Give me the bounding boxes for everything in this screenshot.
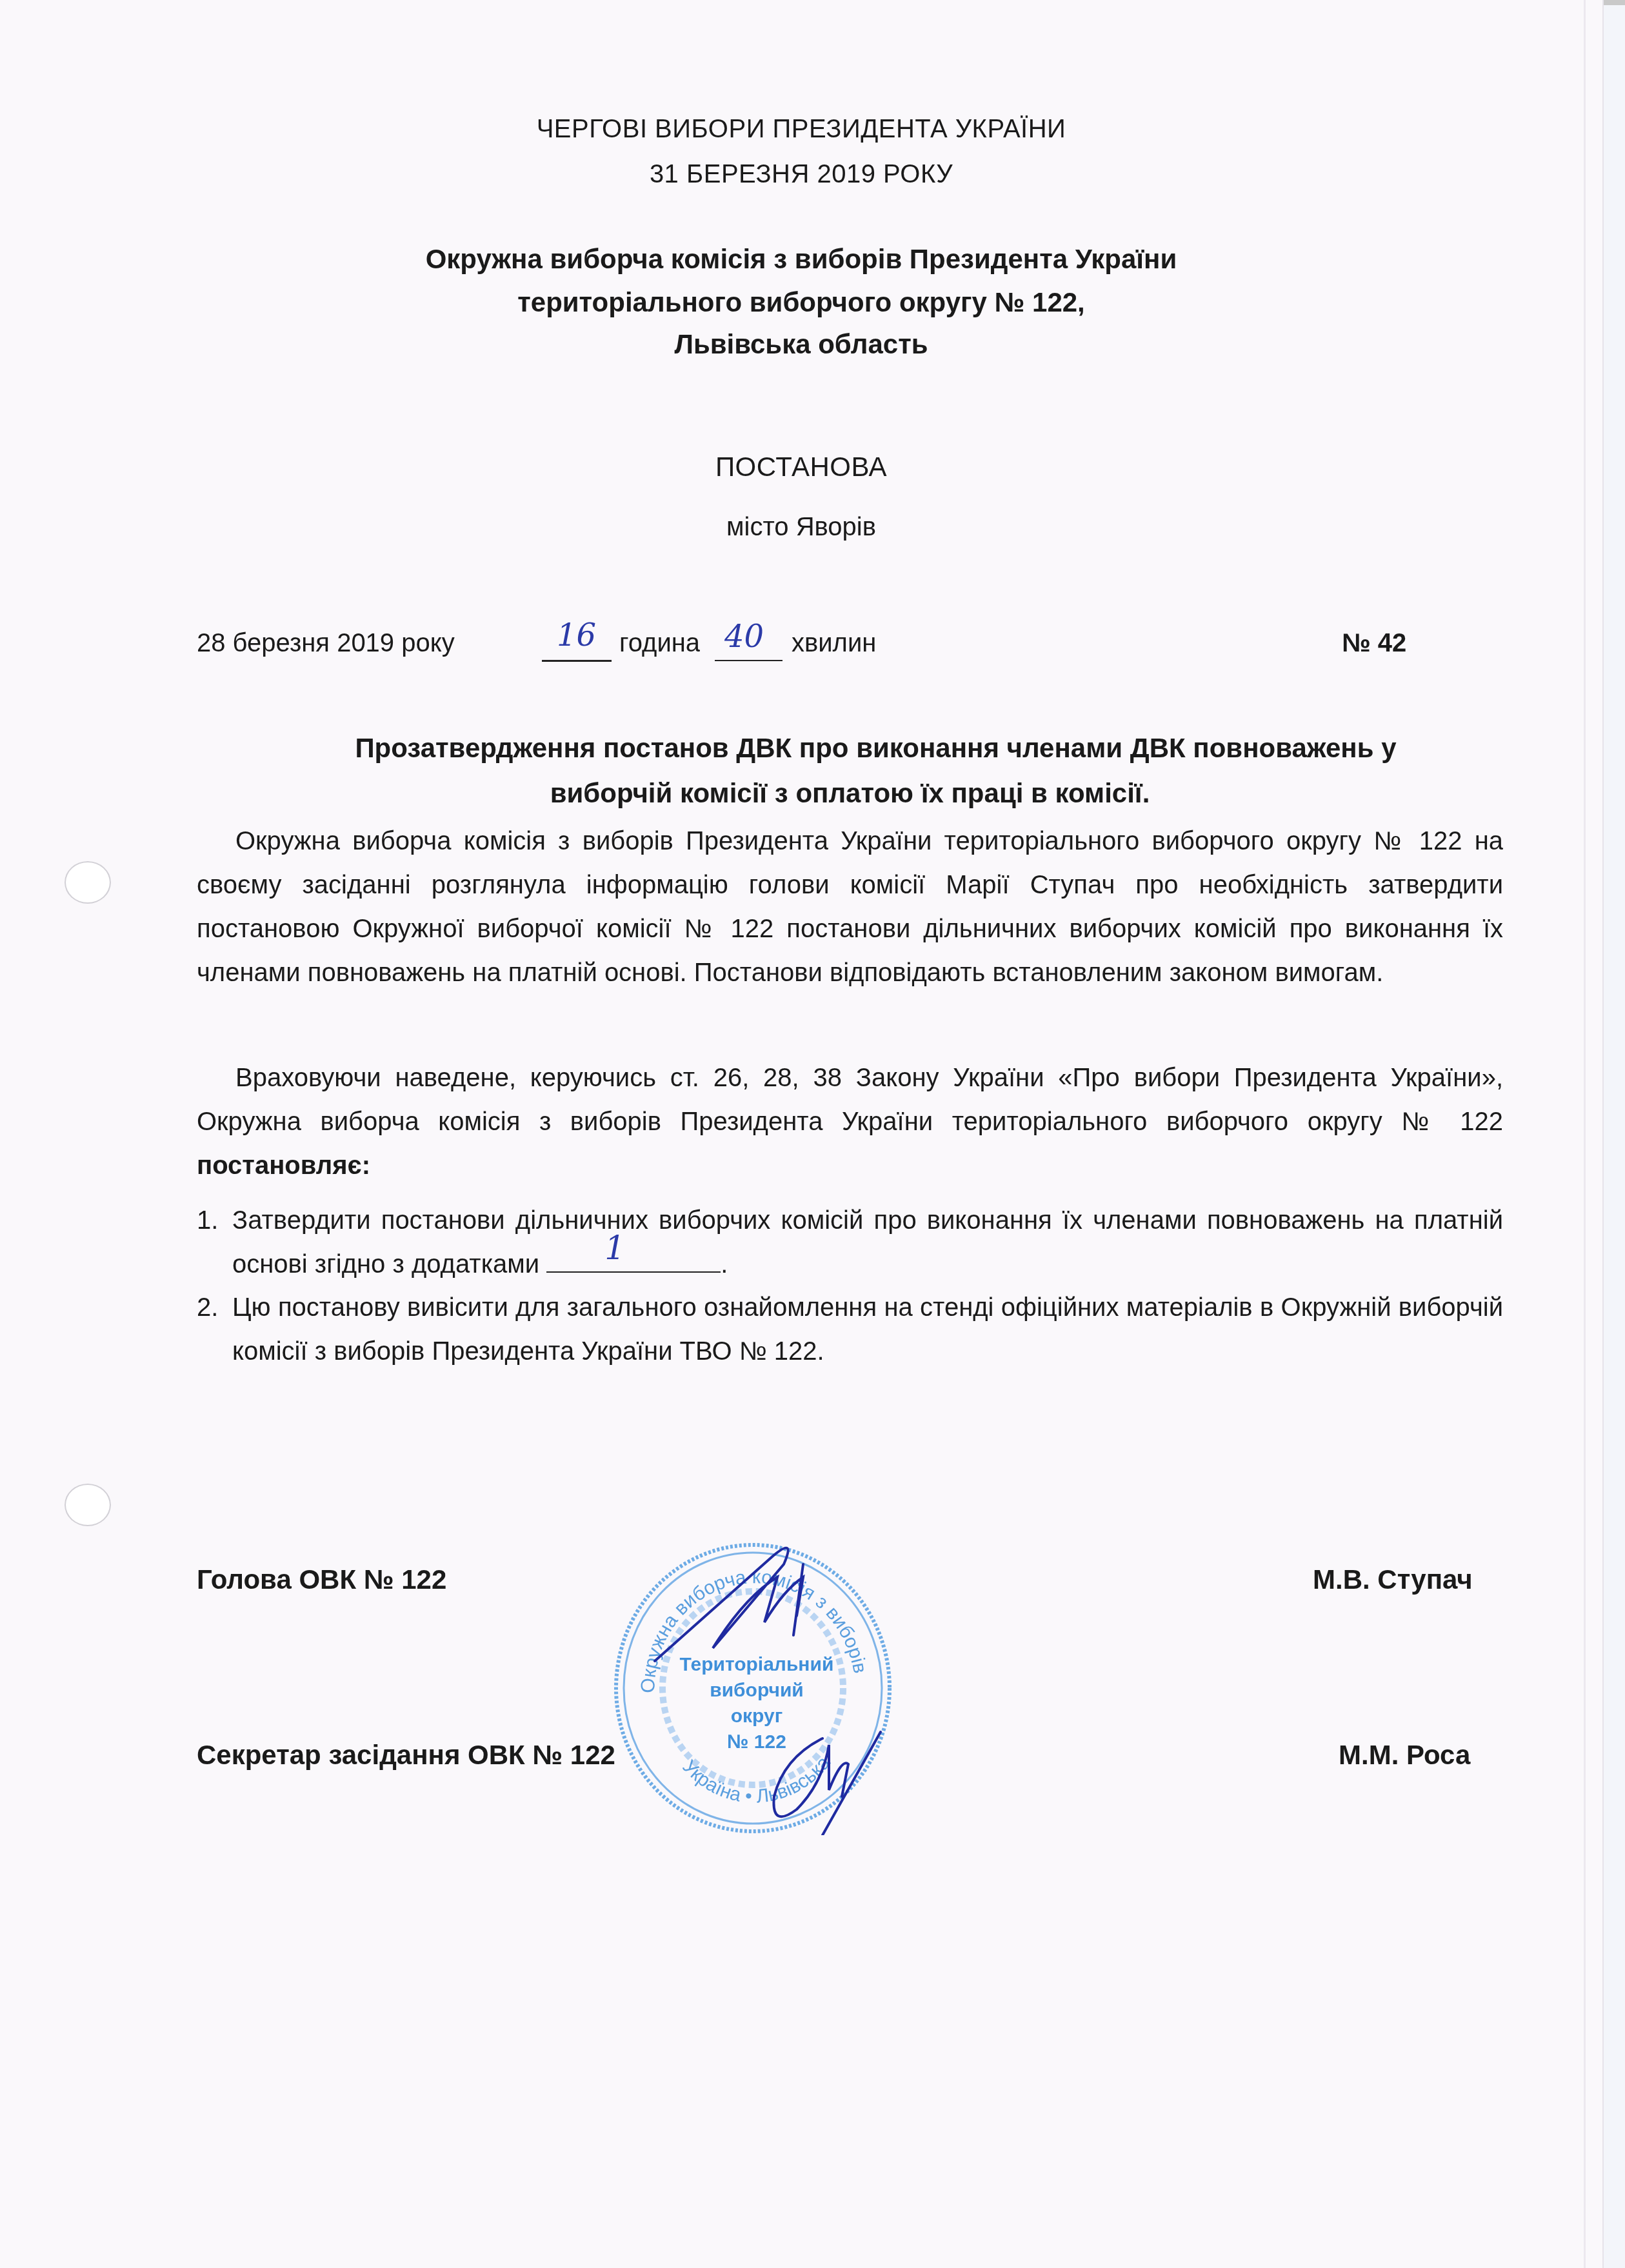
stamp-center-line4: № 122 [727, 1731, 786, 1753]
hour-handwritten: 16 [557, 617, 596, 653]
paragraph-2-text: Враховуючи наведене, керуючись ст. 26, 2… [197, 1064, 1503, 1136]
secretary-role: Секретар засідання ОВК № 122 [197, 1740, 615, 1771]
election-title: ЧЕРГОВІ ВИБОРИ ПРЕЗИДЕНТА УКРАЇНИ [0, 115, 1602, 144]
hour-label: година [619, 629, 700, 658]
commission-name-line1: Окружна виборча комісія з виборів Презид… [0, 244, 1602, 275]
punch-hole-top [65, 861, 111, 904]
item-2-text: Цю постанову вивісити для загального озн… [232, 1286, 1503, 1373]
minute-label: хвилин [792, 629, 876, 658]
document-city: місто Яворів [0, 513, 1602, 542]
chair-name: М.В. Ступач [1313, 1564, 1473, 1595]
appendix-handwritten: 1 [604, 1226, 625, 1270]
stamp-center-line3: округ [731, 1706, 783, 1727]
body-paragraph-2: Враховуючи наведене, керуючись ст. 26, 2… [197, 1056, 1503, 1188]
resolution-keyword: постановляє: [197, 1151, 370, 1180]
commission-region: Львівська область [0, 329, 1602, 360]
election-date: 31 БЕРЕЗНЯ 2019 РОКУ [0, 160, 1602, 189]
body-paragraph-1: Окружна виборча комісія з виборів Презид… [197, 819, 1503, 995]
date-time-row: 28 березня 2019 року 16 година 40 хвилин… [197, 629, 1422, 668]
stamp-center-line2: виборчий [710, 1680, 804, 1701]
item-1-number: 1. [197, 1199, 218, 1242]
subject-heading: Прозатвердження постанов ДВК про виконан… [197, 726, 1503, 816]
minute-handwritten: 40 [724, 619, 764, 655]
stamp-center-line1: Територіальний [680, 1654, 834, 1675]
appendix-blank: 1 [546, 1246, 721, 1273]
document-type: ПОСТАНОВА [0, 452, 1602, 482]
resolution-item-2: 2. Цю постанову вивісити для загального … [197, 1286, 1503, 1373]
punch-hole-bottom [65, 1484, 111, 1526]
subject-line1: Прозатвердження постанов ДВК про виконан… [197, 726, 1503, 771]
subject-line2: виборчій комісії з оплатою їх праці в ко… [197, 771, 1503, 816]
secretary-name: М.М. Роса [1339, 1740, 1470, 1771]
scan-page-edge [1602, 0, 1625, 2268]
paragraph-1-text: Окружна виборча комісія з виборів Презид… [197, 827, 1503, 987]
commission-name-line2: територіального виборчого округу № 122, [0, 287, 1602, 318]
document-page: ЧЕРГОВІ ВИБОРИ ПРЕЗИДЕНТА УКРАЇНИ 31 БЕР… [0, 0, 1602, 2268]
official-stamp: Окружна виборча комісія з виборів Презид… [610, 1538, 897, 1835]
document-number: № 42 [1342, 629, 1406, 658]
stamp-seal-icon: Окружна виборча комісія з виборів Презид… [610, 1538, 897, 1835]
document-date: 28 березня 2019 року [197, 629, 455, 658]
edge-shadow [1604, 0, 1625, 5]
resolution-item-1: 1. Затвердити постанови дільничних вибор… [197, 1199, 1503, 1286]
item-1-text: Затвердити постанови дільничних виборчих… [232, 1206, 1503, 1278]
item-1-suffix: . [721, 1250, 728, 1278]
item-2-number: 2. [197, 1286, 218, 1329]
chair-role: Голова ОВК № 122 [197, 1564, 446, 1595]
